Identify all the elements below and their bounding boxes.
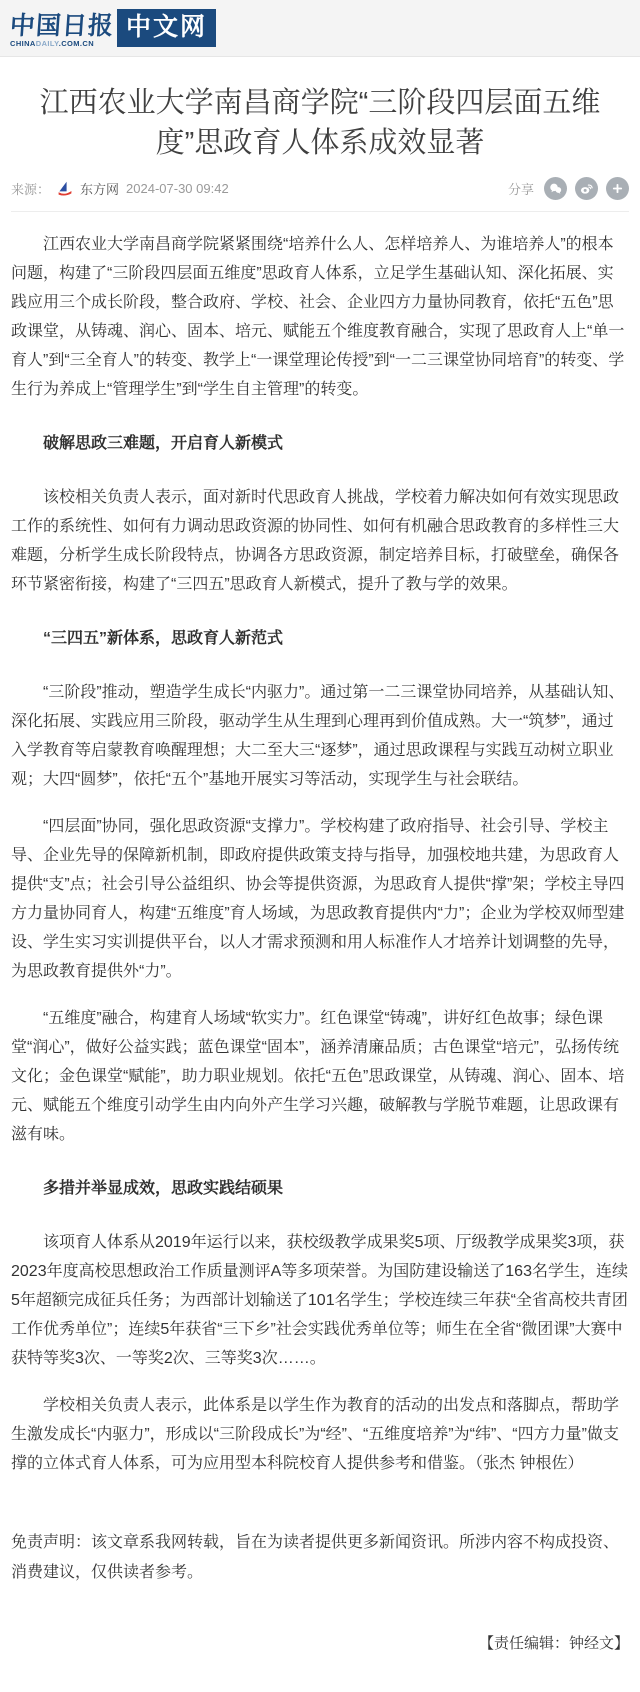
site-header: 中国日报 CHINADAILY.COM.CN 中文网 (0, 0, 640, 57)
article-page: 江西农业大学南昌商学院“三阶段四层面五维度”思政育人体系成效显著 来源： 东方网… (0, 83, 640, 1663)
responsible-editor: 【责任编辑：钟经文】 (11, 1632, 629, 1663)
plus-icon[interactable] (606, 177, 629, 200)
section-heading: 多措并举显成效，思政实践结硕果 (11, 1174, 629, 1203)
article-body: 江西农业大学南昌商学院紧紧围绕“培养什么人、怎样培养人、为谁培养人”的根本问题，… (11, 230, 629, 1478)
paragraph: 该项育人体系从2019年运行以来，获校级教学成果奖5项、厅级教学成果奖3项，获2… (11, 1228, 629, 1373)
paragraph: 江西农业大学南昌商学院紧紧围绕“培养什么人、怎样培养人、为谁培养人”的根本问题，… (11, 230, 629, 404)
section-heading: “三四五”新体系，思政育人新范式 (11, 624, 629, 653)
article-title: 江西农业大学南昌商学院“三阶段四层面五维度”思政育人体系成效显著 (25, 83, 615, 163)
source-label: 来源： (11, 179, 50, 198)
wechat-icon[interactable] (544, 177, 567, 200)
header-divider (11, 211, 629, 212)
weibo-icon[interactable] (575, 177, 598, 200)
chinadaily-logo-cn: 中国日报 CHINADAILY.COM.CN (10, 13, 114, 48)
share-toolbar: 分享 (508, 177, 629, 200)
chinadaily-logo-text: 中国日报 (9, 13, 115, 38)
paragraph: 该校相关负责人表示，面对新时代思政育人挑战，学校着力解决如何有效实现思政工作的系… (11, 483, 629, 599)
paragraph: 学校相关负责人表示，此体系是以学生作为教育的活动的出发点和落脚点，帮助学生激发成… (11, 1391, 629, 1478)
section-heading: 破解思政三难题，开启育人新模式 (11, 429, 629, 458)
publish-timestamp: 2024-07-30 09:42 (126, 181, 229, 196)
paragraph: “四层面”协同，强化思政资源“支撑力”。学校构建了政府指导、社会引导、学校主导、… (11, 812, 629, 986)
paragraph: “三阶段”推动，塑造学生成长“内驱力”。通过第一二三课堂协同培养，从基础认知、深… (11, 678, 629, 794)
disclaimer-text: 免责声明：该文章系我网转载，旨在为读者提供更多新闻资讯。所涉内容不构成投资、消费… (11, 1528, 629, 1588)
chinese-site-badge: 中文网 (117, 9, 216, 47)
article-meta-row: 来源： 东方网 2024-07-30 09:42 分享 (11, 177, 629, 200)
chinadaily-logo-url: CHINADAILY.COM.CN (10, 40, 94, 48)
article-source: 来源： 东方网 2024-07-30 09:42 (11, 179, 229, 198)
dongfangwang-logo-icon (57, 181, 73, 197)
chinadaily-logo[interactable]: 中国日报 CHINADAILY.COM.CN 中文网 (10, 9, 216, 47)
share-label: 分享 (508, 179, 534, 198)
paragraph: “五维度”融合，构建育人场域“软实力”。红色课堂“铸魂”，讲好红色故事；绿色课堂… (11, 1004, 629, 1149)
source-name[interactable]: 东方网 (80, 179, 119, 198)
